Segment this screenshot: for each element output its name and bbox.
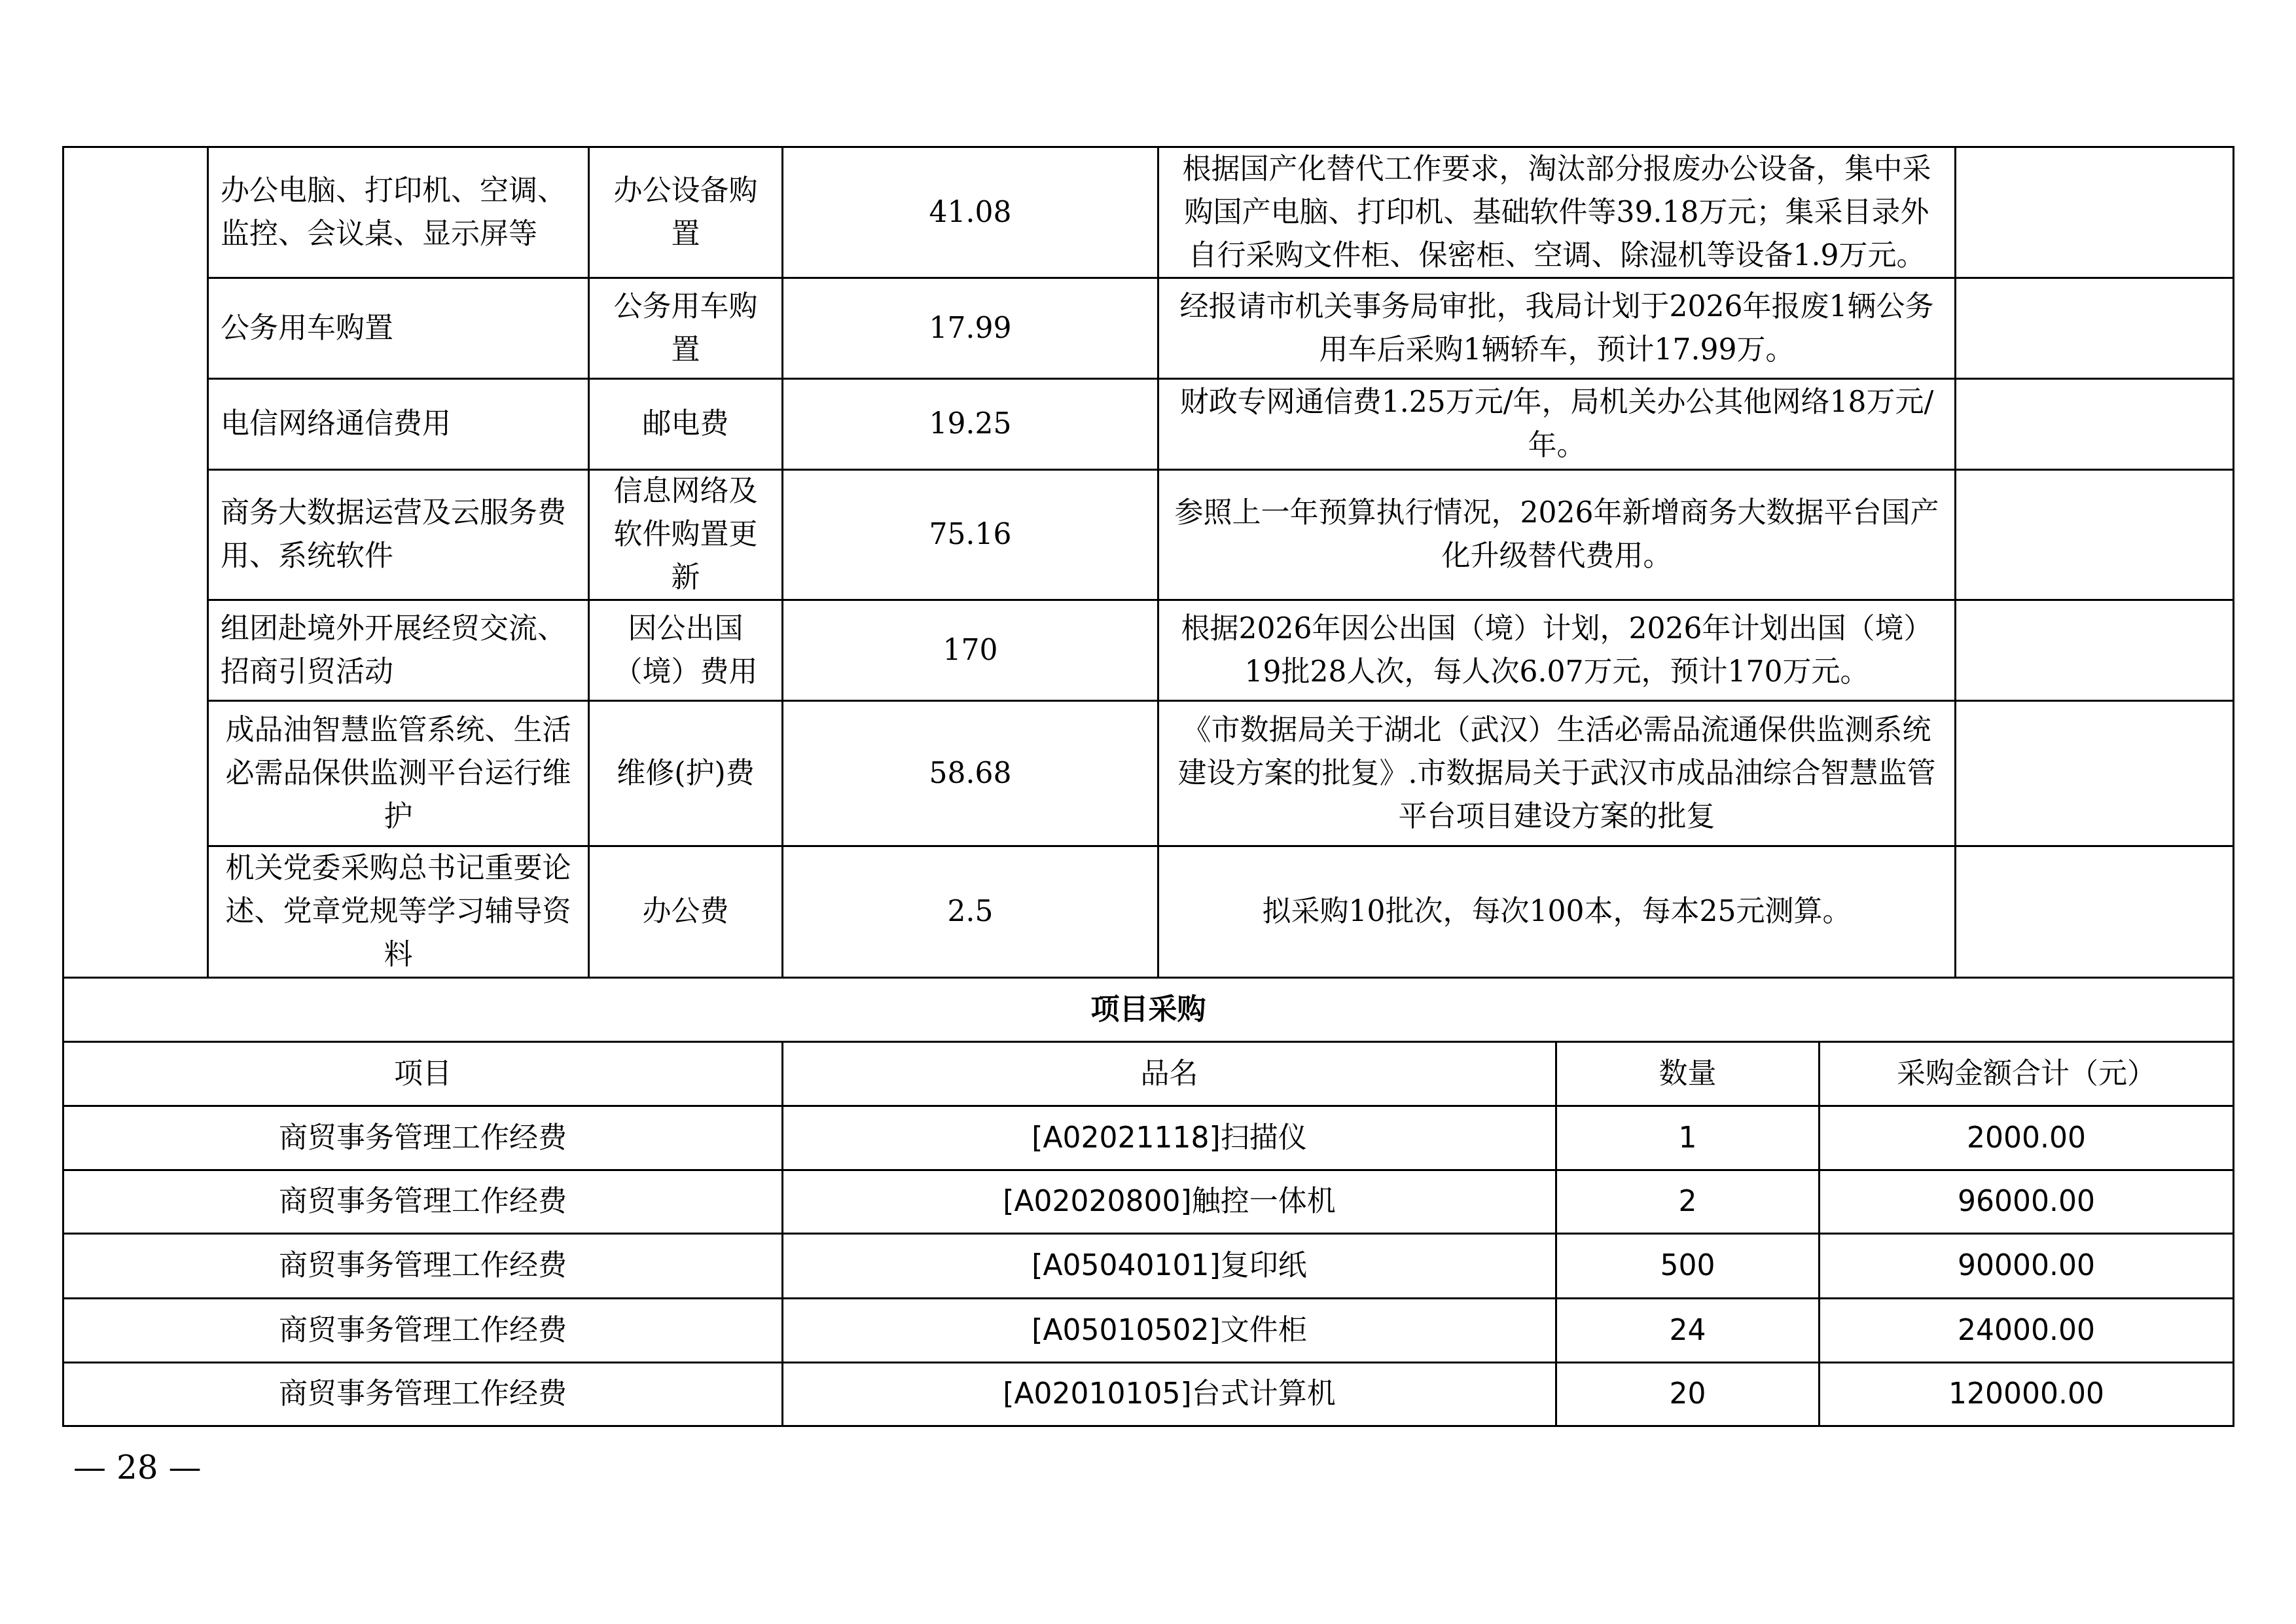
budget-row-category: 办公设备购置 (588, 146, 783, 279)
procurement-row-total: 96000.00 (1818, 1169, 2234, 1235)
budget-row-remark (1954, 469, 2234, 601)
procurement-header-item: 品名 (781, 1041, 1557, 1107)
budget-row-remark (1954, 845, 2234, 979)
procurement-row-project: 商贸事务管理工作经费 (62, 1297, 783, 1363)
budget-row-category: 邮电费 (588, 378, 783, 471)
budget-row-remark (1954, 700, 2234, 847)
budget-row-category: 维修(护)费 (588, 700, 783, 847)
procurement-row-total: 120000.00 (1818, 1362, 2234, 1427)
procurement-row-item: [A02010105]台式计算机 (781, 1362, 1557, 1427)
procurement-row-total: 2000.00 (1818, 1105, 2234, 1171)
procurement-row-qty: 20 (1555, 1362, 1820, 1427)
procurement-row-project: 商贸事务管理工作经费 (62, 1169, 783, 1235)
budget-row-name: 机关党委采购总书记重要论述、党章党规等学习辅导资料 (207, 845, 590, 979)
budget-row-category: 因公出国（境）费用 (588, 599, 783, 702)
procurement-row-qty: 24 (1555, 1297, 1820, 1363)
budget-row-category: 公务用车购置 (588, 277, 783, 380)
procurement-header-project: 项目 (62, 1041, 783, 1107)
page-number: — 28 — (73, 1448, 201, 1487)
budget-row-amount: 41.08 (781, 146, 1159, 279)
budget-row-basis: 财政专网通信费1.25万元/年，局机关办公其他网络18万元/年。 (1157, 378, 1956, 471)
budget-row-basis: 参照上一年预算执行情况，2026年新增商务大数据平台国产化升级替代费用。 (1157, 469, 1956, 601)
procurement-header-total: 采购金额合计（元） (1818, 1041, 2234, 1107)
budget-row-remark (1954, 277, 2234, 380)
procurement-row-item: [A02021118]扫描仪 (781, 1105, 1557, 1171)
procurement-row-total: 24000.00 (1818, 1297, 2234, 1363)
procurement-row-qty: 2 (1555, 1169, 1820, 1235)
budget-row-basis: 经报请市机关事务局审批，我局计划于2026年报废1辆公务用车后采购1辆轿车，预计… (1157, 277, 1956, 380)
budget-row-amount: 58.68 (781, 700, 1159, 847)
procurement-row-item: [A05040101]复印纸 (781, 1233, 1557, 1299)
procurement-row-project: 商贸事务管理工作经费 (62, 1105, 783, 1171)
budget-row-amount: 2.5 (781, 845, 1159, 979)
budget-row-name: 商务大数据运营及云服务费用、系统软件 (207, 469, 590, 601)
budget-row-amount: 170 (781, 599, 1159, 702)
budget-row-amount: 19.25 (781, 378, 1159, 471)
budget-row-name: 办公电脑、打印机、空调、监控、会议桌、显示屏等 (207, 146, 590, 279)
procurement-header-qty: 数量 (1555, 1041, 1820, 1107)
budget-row-basis: 根据2026年因公出国（境）计划，2026年计划出国（境）19批28人次，每人次… (1157, 599, 1956, 702)
procurement-row-project: 商贸事务管理工作经费 (62, 1362, 783, 1427)
budget-row-category: 信息网络及软件购置更新 (588, 469, 783, 601)
budget-row-amount: 17.99 (781, 277, 1159, 380)
procurement-row-total: 90000.00 (1818, 1233, 2234, 1299)
budget-row-basis: 《市数据局关于湖北（武汉）生活必需品流通保供监测系统建设方案的批复》.市数据局关… (1157, 700, 1956, 847)
procurement-row-project: 商贸事务管理工作经费 (62, 1233, 783, 1299)
procurement-section-title: 项目采购 (62, 977, 2234, 1043)
budget-row-name: 组团赴境外开展经贸交流、招商引贸活动 (207, 599, 590, 702)
budget-group-cell (62, 146, 209, 979)
budget-row-name: 公务用车购置 (207, 277, 590, 380)
budget-row-remark (1954, 599, 2234, 702)
budget-row-remark (1954, 146, 2234, 279)
budget-row-amount: 75.16 (781, 469, 1159, 601)
procurement-row-qty: 1 (1555, 1105, 1820, 1171)
budget-row-basis: 拟采购10批次，每次100本，每本25元测算。 (1157, 845, 1956, 979)
budget-row-name: 电信网络通信费用 (207, 378, 590, 471)
budget-row-category: 办公费 (588, 845, 783, 979)
procurement-row-item: [A02020800]触控一体机 (781, 1169, 1557, 1235)
procurement-row-item: [A05010502]文件柜 (781, 1297, 1557, 1363)
budget-row-basis: 根据国产化替代工作要求，淘汰部分报废办公设备，集中采购国产电脑、打印机、基础软件… (1157, 146, 1956, 279)
budget-row-remark (1954, 378, 2234, 471)
procurement-row-qty: 500 (1555, 1233, 1820, 1299)
budget-row-name: 成品油智慧监管系统、生活必需品保供监测平台运行维护 (207, 700, 590, 847)
